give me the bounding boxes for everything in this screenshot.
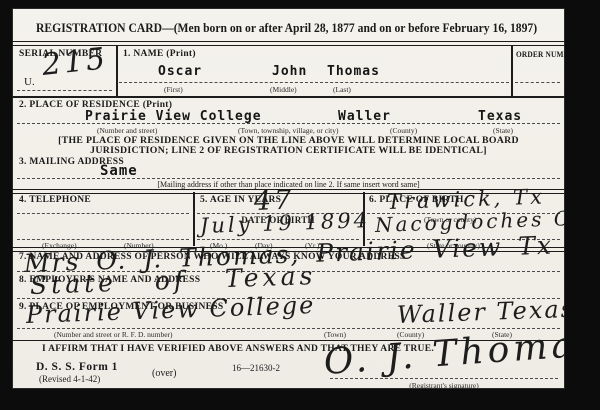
order-number-label: ORDER NUMBER [516,50,565,59]
divider-tel-age [193,192,195,246]
print-code: 16—21630-2 [232,363,280,373]
form-number: D. S. S. Form 1 [36,361,118,373]
row1-rule [12,96,565,98]
mailing-value: Same [100,163,138,179]
name-last-value: Thomas [327,64,380,79]
employment-sub-street: (Number and street or R. F. D. number) [54,330,173,339]
residence-sub-street: (Number and street) [97,126,157,135]
serial-prefix: U. [24,76,35,88]
telephone-line2 [17,239,189,240]
name-line [119,82,509,83]
dob-value: July 19 1894 [200,208,371,238]
residence-sub-state: (State) [493,126,513,135]
name-sub-first: (First) [164,85,183,94]
employment-line [17,328,560,329]
form-revised: (Revised 4-1-42) [39,374,100,384]
name-sub-last: (Last) [333,85,351,94]
registration-card: REGISTRATION CARD—(Men born on or after … [12,8,565,389]
over-note: (over) [152,368,176,379]
registrant-signature: O. J. Thomas [323,323,565,383]
residence-sub-county: (County) [390,126,417,135]
serial-number-value: 215 [40,41,110,83]
residence-county-value: Waller [338,109,391,124]
residence-state-value: Texas [478,109,522,124]
card-title: REGISTRATION CARD—(Men born on or after … [36,21,537,36]
mailing-line [17,178,560,179]
name-first-value: Oscar [158,64,202,79]
residence-notice-line2: JURISDICTION; LINE 2 OF REGISTRATION CER… [12,145,565,156]
serial-line [17,90,112,91]
name-sub-middle: (Middle) [270,85,297,94]
divider-serial-name [116,45,118,96]
employment-location-value: Waller Texas [397,295,565,329]
employment-sub-town: (Town) [324,330,346,339]
telephone-line1 [17,213,189,214]
residence-street-value: Prairie View College [85,109,262,124]
name-label: 1. NAME (Print) [123,49,196,59]
residence-sub-town: (Town, township, village, or city) [238,126,339,135]
name-middle-value: John [272,64,307,79]
residence-line [17,123,560,124]
signature-sub-label: (Registrant's signature) [330,381,558,389]
divider-name-order [511,45,513,96]
order-number-line [515,82,560,83]
telephone-label: 4. TELEPHONE [19,195,91,205]
scanned-photo-background: { "colors": { "background": "#0c0c0c", "… [0,0,600,410]
